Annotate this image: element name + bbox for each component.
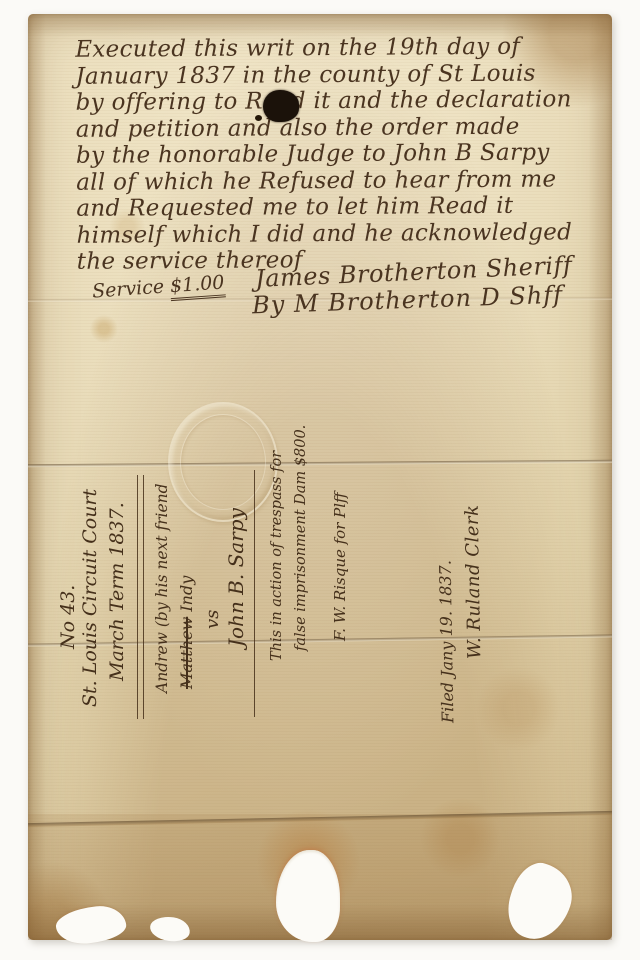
service-fee-label: Service	[91, 276, 164, 303]
ink-blot-small	[255, 115, 262, 121]
fold-crease-4	[28, 811, 612, 827]
docket-panel: No 43. St. Louis Circuit Court March Ter…	[55, 465, 500, 745]
docket-next-friend-name: Indy	[177, 576, 196, 612]
docket-clerk-signature: W. Ruland Clerk	[462, 504, 486, 659]
damage-chip-left-small	[149, 914, 192, 943]
service-fee-note: Service $1.00	[91, 271, 225, 302]
docket-term: March Term 1837.	[106, 502, 128, 681]
docket-struck-word: Matthew	[177, 617, 196, 689]
bottom-fold-shading	[28, 814, 612, 940]
docket-action-line1: This in action of trespass for	[269, 451, 285, 661]
docket-plaintiff-line2: Matthew Indy	[177, 576, 196, 689]
docket-filed-date: Filed Jany 19. 1837.	[436, 560, 458, 723]
writ-return-text: Executed this writ on the 19th day of Ja…	[75, 33, 593, 275]
docket-single-rule	[254, 470, 255, 717]
writ-line: and Requested me to let him Read it	[76, 192, 592, 222]
ink-blot	[263, 90, 299, 122]
docket-attorney: F. W. Risque for Plff	[331, 492, 349, 641]
damage-hole-center	[276, 850, 340, 942]
writ-line: and petition and also the order made	[76, 113, 592, 143]
writ-line: by the honorable Judge to John B Sarpy	[76, 139, 592, 169]
service-fee-amount: $1.00	[169, 271, 225, 301]
writ-line: Executed this writ on the 19th day of	[75, 33, 591, 63]
docket-action-line2: false imprisonment Dam $800.	[293, 425, 309, 651]
docket-versus: vs	[202, 610, 223, 629]
writ-line: all of which he Refused to hear from me	[76, 166, 592, 196]
writ-line: by offering to Read it and the declarati…	[76, 86, 592, 116]
writ-line: January 1837 in the county of St Louis	[75, 60, 591, 90]
damage-hole-right	[500, 857, 581, 948]
docket-double-rule	[137, 475, 144, 719]
document-page: Executed this writ on the 19th day of Ja…	[28, 14, 612, 940]
writ-line: himself which I did and he acknowledged	[76, 219, 592, 249]
docket-court-name: St. Louis Circuit Court	[79, 489, 101, 707]
docket-defendant: John B. Sarpy	[224, 508, 248, 647]
docket-plaintiff-line1: Andrew (by his next friend	[153, 483, 171, 693]
docket-case-number: No 43.	[57, 585, 79, 649]
damage-chip-left	[54, 903, 127, 946]
